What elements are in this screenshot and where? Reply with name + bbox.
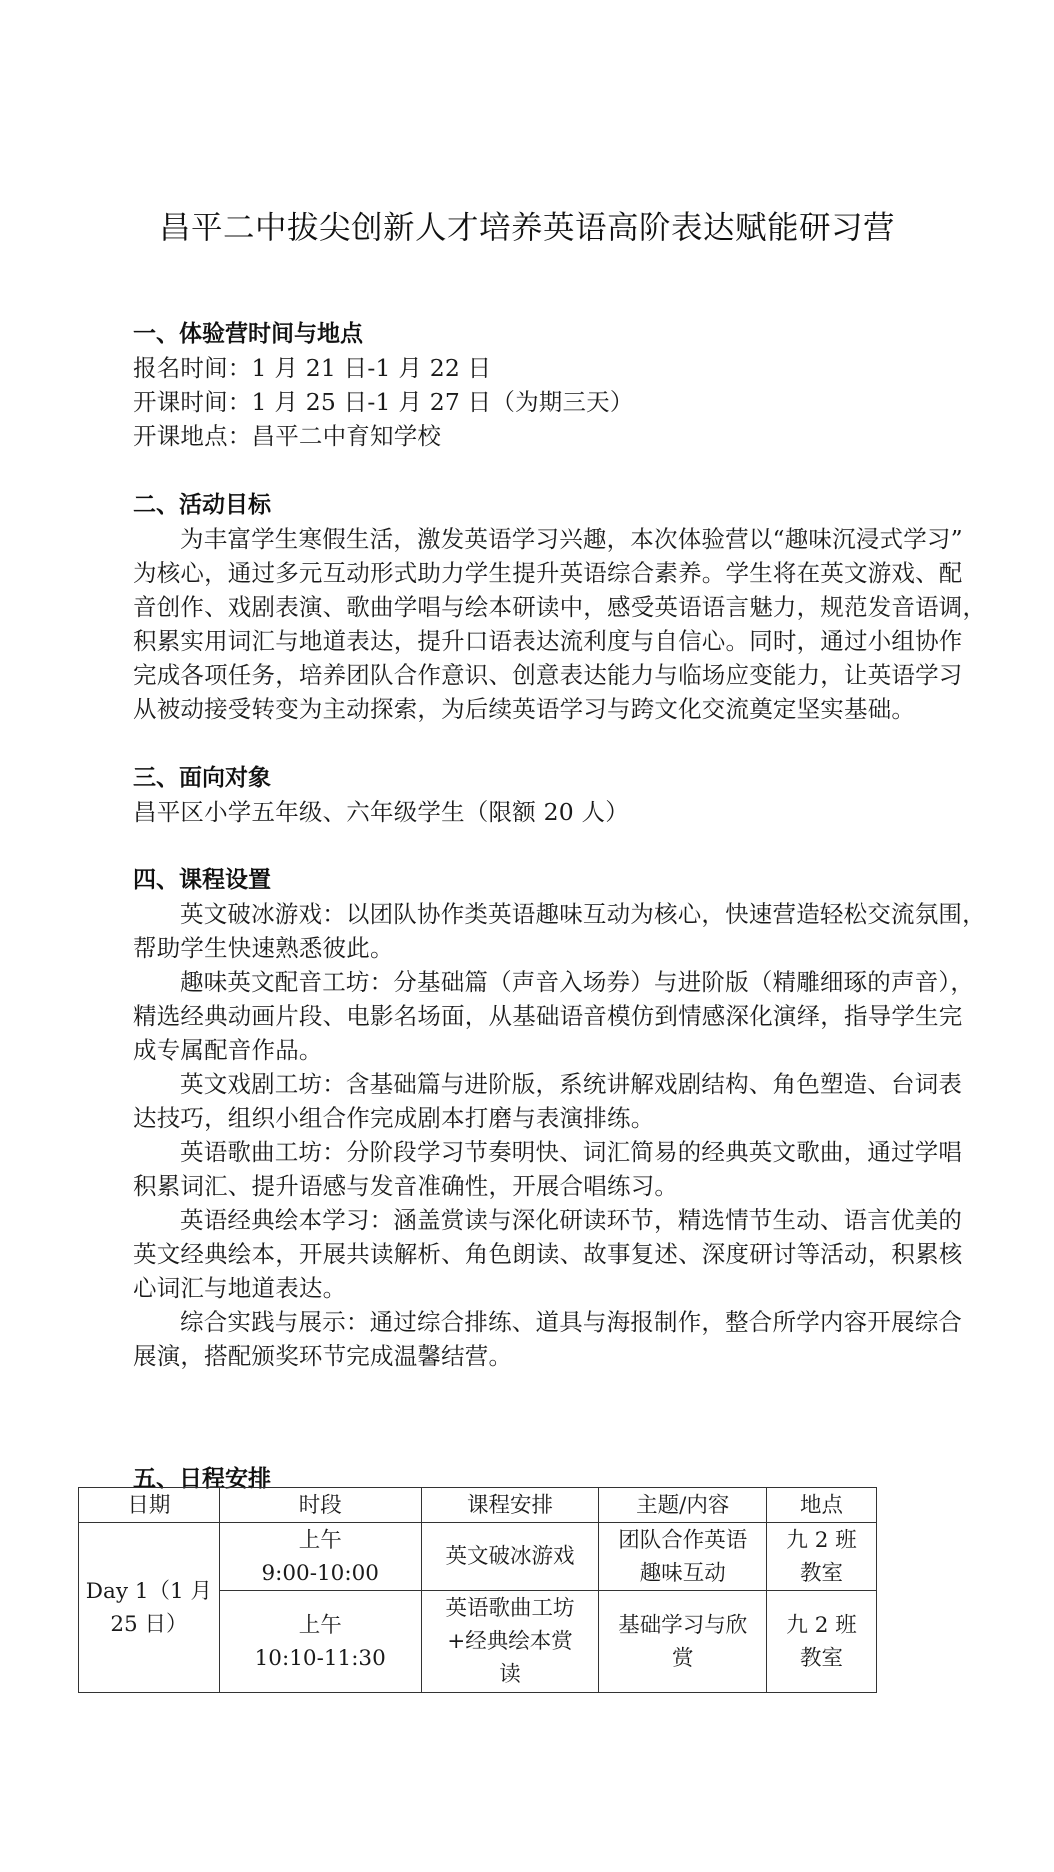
course-text-line: 达技巧，组织小组合作完成剧本打磨与表演排练。 — [133, 1101, 654, 1135]
course-icebreaker: 英文破冰游戏：以团队协作类英语趣味互动为核心，快速营造轻松交流氛围， — [133, 897, 986, 931]
header-topic: 主题/内容 — [599, 1488, 767, 1523]
course-text-line: 展演，搭配颁奖环节完成温馨结营。 — [133, 1339, 512, 1373]
course-drama: 英文戏剧工坊：含基础篇与进阶版，系统讲解戏剧结构、角色塑造、台词表 — [133, 1067, 962, 1101]
section-heading-audience: 三、面向对象 — [133, 761, 271, 795]
header-location: 地点 — [767, 1488, 877, 1523]
course-dubbing: 趣味英文配音工坊：分基础篇（声音入场券）与进阶版（精雕细琢的声音）， — [133, 965, 974, 999]
topic-cell: 团队合作英语 趣味互动 — [599, 1523, 767, 1591]
header-time: 时段 — [219, 1488, 421, 1523]
goals-text-line: 为核心，通过多元互动形式助力学生提升英语综合素养。学生将在英文游戏、配 — [133, 556, 963, 590]
header-date: 日期 — [79, 1488, 220, 1523]
course-text-line: 精选经典动画片段、电影名场面，从基础语音模仿到情感深化演绎，指导学生完 — [133, 999, 963, 1033]
time-cell: 上午 9:00-10:00 — [219, 1523, 421, 1591]
goals-text-line: 完成各项任务，培养团队合作意识、创意表达能力与临场应变能力，让英语学习 — [133, 658, 963, 692]
page-title: 昌平二中拔尖创新人才培养英语高阶表达赋能研习营 — [0, 206, 1054, 250]
table-row: Day 1（1 月 25 日） 上午 9:00-10:00 英文破冰游戏 团队合… — [79, 1523, 877, 1591]
course-cell: 英文破冰游戏 — [421, 1523, 599, 1591]
audience-text: 昌平区小学五年级、六年级学生（限额 20 人） — [133, 795, 629, 829]
topic-cell: 基础学习与欣 赏 — [599, 1591, 767, 1693]
course-text-line: 帮助学生快速熟悉彼此。 — [133, 931, 394, 965]
course-showcase: 综合实践与展示：通过综合排练、道具与海报制作，整合所学内容开展综合 — [133, 1305, 962, 1339]
table-header-row: 日期 时段 课程安排 主题/内容 地点 — [79, 1488, 877, 1523]
course-cell: 英语歌曲工坊 +经典绘本赏 读 — [421, 1591, 599, 1693]
class-time: 开课时间：1 月 25 日-1 月 27 日（为期三天） — [133, 385, 634, 419]
course-text-line: 积累词汇、提升语感与发音准确性，开展合唱练习。 — [133, 1169, 678, 1203]
course-text-line: 心词汇与地道表达。 — [133, 1271, 346, 1305]
course-text-line: 英文经典绘本，开展共读解析、角色朗读、故事复述、深度研讨等活动，积累核 — [133, 1237, 963, 1271]
goals-text-line: 积累实用词汇与地道表达，提升口语表达流利度与自信心。同时，通过小组协作 — [133, 624, 963, 658]
section-heading-time-location: 一、体验营时间与地点 — [133, 317, 363, 351]
course-songs: 英语歌曲工坊：分阶段学习节奏明快、词汇简易的经典英文歌曲，通过学唱 — [133, 1135, 962, 1169]
section-heading-goals: 二、活动目标 — [133, 488, 271, 522]
header-course: 课程安排 — [421, 1488, 599, 1523]
goals-text-line: 为丰富学生寒假生活，激发英语学习兴趣，本次体验营以“趣味沉浸式学习” — [133, 522, 963, 556]
course-picture-books: 英语经典绘本学习：涵盖赏读与深化研读环节，精选情节生动、语言优美的 — [133, 1203, 962, 1237]
section-heading-courses: 四、课程设置 — [133, 863, 271, 897]
day-cell: Day 1（1 月 25 日） — [79, 1523, 220, 1693]
time-cell: 上午 10:10-11:30 — [219, 1591, 421, 1693]
registration-time: 报名时间：1 月 21 日-1 月 22 日 — [133, 351, 491, 385]
location-cell: 九 2 班 教室 — [767, 1523, 877, 1591]
schedule-table: 日期 时段 课程安排 主题/内容 地点 Day 1（1 月 25 日） 上午 9… — [78, 1487, 877, 1693]
class-location: 开课地点：昌平二中育知学校 — [133, 419, 441, 453]
goals-text-line: 音创作、戏剧表演、歌曲学唱与绘本研读中，感受英语语言魅力，规范发音语调， — [133, 590, 986, 624]
location-cell: 九 2 班 教室 — [767, 1591, 877, 1693]
goals-text-line: 从被动接受转变为主动探索，为后续英语学习与跨文化交流奠定坚实基础。 — [133, 692, 915, 726]
course-text-line: 成专属配音作品。 — [133, 1033, 323, 1067]
